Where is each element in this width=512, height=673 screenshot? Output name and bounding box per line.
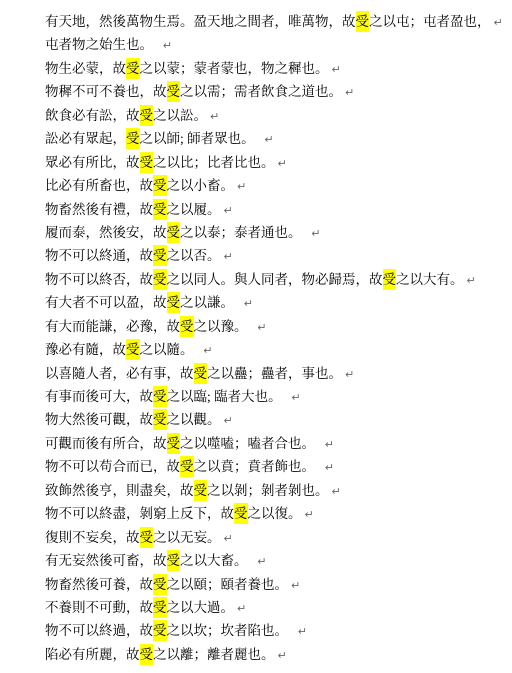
highlighted-char: 受 xyxy=(383,269,397,290)
text-segment: 之以剝；剝者剝也。 xyxy=(207,483,329,498)
paragraph-mark-icon: ↵ xyxy=(332,63,341,76)
paragraph-mark-icon: ↵ xyxy=(345,86,354,99)
highlighted-char: 受 xyxy=(153,199,167,220)
paragraph-mark-icon: ↵ xyxy=(311,227,320,240)
text-line: 以喜隨人者，必有事，故受之以蠱；蠱者，事也。↵ xyxy=(45,362,512,385)
paragraph-mark-icon: ↵ xyxy=(237,602,246,615)
highlighted-char: 受 xyxy=(140,152,154,173)
text-line: 有事而後可大，故受之以臨; 臨者大也。 ↵ xyxy=(45,385,512,408)
paragraph-mark-icon: ↵ xyxy=(237,180,246,193)
text-segment: 致飾然後亨，則盡矣，故 xyxy=(45,483,194,498)
text-segment: 可觀而後有所合，故 xyxy=(45,436,167,451)
text-segment: 之以坎；坎者陷也。 xyxy=(167,623,295,638)
text-segment: 有无妄然後可畜，故 xyxy=(45,553,167,568)
paragraph-mark-icon: ↵ xyxy=(467,274,476,287)
text-segment: 物大然後可觀，故 xyxy=(45,412,153,427)
highlighted-char: 受 xyxy=(167,222,181,243)
highlighted-char: 受 xyxy=(153,269,167,290)
text-line: 有大而能謙，必豫，故受之以豫。 ↵ xyxy=(45,315,512,338)
text-segment: 有大而能謙，必豫，故 xyxy=(45,319,180,334)
paragraph-mark-icon: ↵ xyxy=(278,157,287,170)
paragraph-mark-icon: ↵ xyxy=(203,344,212,357)
highlighted-char: 受 xyxy=(153,245,167,266)
text-line: 物不可以終盡，剝窮上反下，故受之以復。↵ xyxy=(45,502,512,525)
paragraph-mark-icon: ↵ xyxy=(291,579,300,592)
text-segment: 之以履。 xyxy=(167,202,221,217)
text-line: 物不可以苟合而已，故受之以賁；賁者飾也。 ↵ xyxy=(45,455,512,478)
text-segment: 不養則不可動，故 xyxy=(45,600,153,615)
text-line: 眾必有所比，故受之以比；比者比也。↵ xyxy=(45,151,512,174)
paragraph-mark-icon: ↵ xyxy=(257,555,266,568)
text-segment: 以喜隨人者，必有事，故 xyxy=(45,366,194,381)
paragraph-mark-icon: ↵ xyxy=(298,625,307,638)
text-segment: 復則不妄矣，故 xyxy=(45,530,140,545)
text-segment: 物生必蒙，故 xyxy=(45,61,126,76)
text-segment: 之以師; 師者眾也。 xyxy=(140,131,262,146)
text-segment: 物不可以終盡，剝窮上反下，故 xyxy=(45,506,234,521)
paragraph-mark-icon: ↵ xyxy=(210,110,219,123)
text-segment: 之以无妄。 xyxy=(153,530,221,545)
text-segment: 飲食必有訟，故 xyxy=(45,108,140,123)
text-segment: 物不可以終過，故 xyxy=(45,623,153,638)
text-segment: 物不可以苟合而已，故 xyxy=(45,459,180,474)
text-line: 復則不妄矣，故受之以无妄。↵ xyxy=(45,526,512,549)
text-line: 不養則不可動，故受之以大過。↵ xyxy=(45,596,512,619)
highlighted-char: 受 xyxy=(194,480,208,501)
text-line: 有无妄然後可畜，故受之以大畜。 ↵ xyxy=(45,549,512,572)
text-line: 有大者不可以盈，故受之以謙。 ↵ xyxy=(45,291,512,314)
paragraph-mark-icon: ↵ xyxy=(291,391,300,404)
paragraph-mark-icon: ↵ xyxy=(163,39,172,52)
paragraph-mark-icon: ↵ xyxy=(257,321,266,334)
text-line: 可觀而後有所合，故受之以噬嗑；嗑者合也。 ↵ xyxy=(45,432,512,455)
highlighted-char: 受 xyxy=(180,316,194,337)
text-line: 陷必有所麗，故受之以離；離者麗也。↵ xyxy=(45,643,512,666)
paragraph-mark-icon: ↵ xyxy=(325,461,334,474)
highlighted-char: 受 xyxy=(167,81,181,102)
text-segment: 之以泰；泰者通也。 xyxy=(180,225,308,240)
text-segment: 物畜然後有禮，故 xyxy=(45,202,153,217)
text-segment: 之以同人。與人同者，物必歸焉，故 xyxy=(167,272,383,287)
highlighted-char: 受 xyxy=(153,409,167,430)
paragraph-mark-icon: ↵ xyxy=(332,485,341,498)
highlighted-char: 受 xyxy=(126,58,140,79)
text-line: 有天地，然後萬物生焉。盈天地之間者，唯萬物，故受之以屯；屯者盈也，↵ xyxy=(45,10,512,33)
text-segment: 陷必有所麗，故 xyxy=(45,647,140,662)
text-segment: 有大者不可以盈，故 xyxy=(45,295,167,310)
highlighted-char: 受 xyxy=(153,175,167,196)
highlighted-char: 受 xyxy=(140,527,154,548)
paragraph-mark-icon: ↵ xyxy=(224,414,233,427)
paragraph-mark-icon: ↵ xyxy=(345,368,354,381)
paragraph-mark-icon: ↵ xyxy=(224,204,233,217)
text-segment: 之以賁；賁者飾也。 xyxy=(194,459,322,474)
paragraph-mark-icon: ↵ xyxy=(278,649,287,662)
highlighted-char: 受 xyxy=(153,386,167,407)
text-segment: 物畜然後可養，故 xyxy=(45,577,153,592)
text-segment: 之以復。 xyxy=(248,506,302,521)
paragraph-mark-icon: ↵ xyxy=(224,250,233,263)
text-segment: 之以大畜。 xyxy=(180,553,254,568)
text-segment: 之以隨。 xyxy=(140,342,201,357)
text-line: 物不可以終否，故受之以同人。與人同者，物必歸焉，故受之以大有。↵ xyxy=(45,268,512,291)
text-segment: 之以離；離者麗也。 xyxy=(153,647,275,662)
text-line: 物不可以終通，故受之以否。↵ xyxy=(45,244,512,267)
text-segment: 訟必有眾起， xyxy=(45,131,126,146)
highlighted-char: 受 xyxy=(126,128,140,149)
highlighted-char: 受 xyxy=(153,597,167,618)
highlighted-char: 受 xyxy=(153,620,167,641)
text-line: 履而泰，然後安，故受之以泰；泰者通也。 ↵ xyxy=(45,221,512,244)
text-line: 物畜然後可養，故受之以頤；頤者養也。↵ xyxy=(45,573,512,596)
text-segment: 之以小畜。 xyxy=(167,178,235,193)
text-segment: 之以否。 xyxy=(167,248,221,263)
text-segment: 之以比；比者比也。 xyxy=(153,155,275,170)
text-segment: 之以蒙；蒙者蒙也，物之穉也。 xyxy=(140,61,329,76)
text-segment: 之以頤；頤者養也。 xyxy=(167,577,289,592)
highlighted-char: 受 xyxy=(153,574,167,595)
text-segment: 之以訟。 xyxy=(153,108,207,123)
highlighted-char: 受 xyxy=(126,339,140,360)
text-line: 物畜然後有禮，故受之以履。↵ xyxy=(45,198,512,221)
highlighted-char: 受 xyxy=(167,292,181,313)
text-segment: 之以豫。 xyxy=(194,319,255,334)
highlighted-char: 受 xyxy=(140,644,154,665)
text-line: 飲食必有訟，故受之以訟。↵ xyxy=(45,104,512,127)
highlighted-char: 受 xyxy=(180,456,194,477)
highlighted-char: 受 xyxy=(234,503,248,524)
text-segment: 之以蠱；蠱者，事也。 xyxy=(207,366,342,381)
text-segment: 之以謙。 xyxy=(180,295,241,310)
text-segment: 之以屯；屯者盈也， xyxy=(369,14,491,29)
text-line: 訟必有眾起，受之以師; 師者眾也。 ↵ xyxy=(45,127,512,150)
highlighted-char: 受 xyxy=(194,363,208,384)
text-segment: 屯者物之始生也。 xyxy=(45,37,160,52)
text-segment: 比必有所畜也，故 xyxy=(45,178,153,193)
highlighted-char: 受 xyxy=(140,105,154,126)
text-segment: 之以臨; 臨者大也。 xyxy=(167,389,289,404)
text-segment: 物穉不可不養也，故 xyxy=(45,84,167,99)
text-line: 物生必蒙，故受之以蒙；蒙者蒙也，物之穉也。↵ xyxy=(45,57,512,80)
paragraph-mark-icon: ↵ xyxy=(244,297,253,310)
paragraph-mark-icon: ↵ xyxy=(494,16,503,29)
text-segment: 之以需；需者飲食之道也。 xyxy=(180,84,342,99)
document-page: 有天地，然後萬物生焉。盈天地之間者，唯萬物，故受之以屯；屯者盈也，↵屯者物之始生… xyxy=(0,0,512,666)
text-line: 屯者物之始生也。 ↵ xyxy=(45,33,512,56)
text-line: 豫必有隨，故受之以隨。 ↵ xyxy=(45,338,512,361)
text-segment: 有天地，然後萬物生焉。盈天地之間者，唯萬物，故 xyxy=(45,14,356,29)
text-segment: 之以大過。 xyxy=(167,600,235,615)
paragraph-mark-icon: ↵ xyxy=(305,508,314,521)
text-segment: 豫必有隨，故 xyxy=(45,342,126,357)
text-line: 物大然後可觀，故受之以觀。↵ xyxy=(45,408,512,431)
text-segment: 物不可以終否，故 xyxy=(45,272,153,287)
highlighted-char: 受 xyxy=(167,433,181,454)
text-segment: 眾必有所比，故 xyxy=(45,155,140,170)
text-segment: 有事而後可大，故 xyxy=(45,389,153,404)
paragraph-mark-icon: ↵ xyxy=(264,133,273,146)
text-segment: 之以大有。 xyxy=(396,272,464,287)
text-line: 致飾然後亨，則盡矣，故受之以剝；剝者剝也。↵ xyxy=(45,479,512,502)
text-line: 物不可以終過，故受之以坎；坎者陷也。 ↵ xyxy=(45,619,512,642)
highlighted-char: 受 xyxy=(356,11,370,32)
text-segment: 物不可以終通，故 xyxy=(45,248,153,263)
text-line: 物穉不可不養也，故受之以需；需者飲食之道也。↵ xyxy=(45,80,512,103)
highlighted-char: 受 xyxy=(167,550,181,571)
paragraph-mark-icon: ↵ xyxy=(224,532,233,545)
text-line: 比必有所畜也，故受之以小畜。↵ xyxy=(45,174,512,197)
text-segment: 履而泰，然後安，故 xyxy=(45,225,167,240)
text-segment: 之以觀。 xyxy=(167,412,221,427)
paragraph-mark-icon: ↵ xyxy=(325,438,334,451)
text-segment: 之以噬嗑；嗑者合也。 xyxy=(180,436,322,451)
